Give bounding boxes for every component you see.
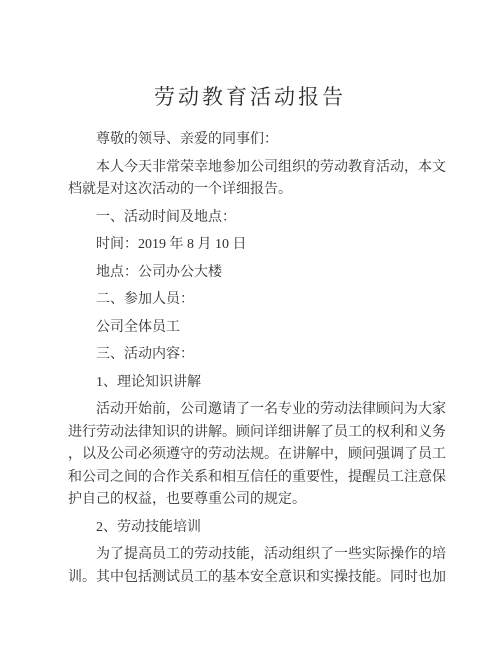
paragraph-line: 本人今天非常荣幸地参加公司组织的劳动教育活动，本文 xyxy=(68,157,432,180)
paragraph-line: 时间：2019 年 8 月 10 日 xyxy=(68,234,432,257)
paragraph: 地点：公司办公大楼 xyxy=(68,262,432,285)
paragraph-line: 地点：公司办公大楼 xyxy=(68,262,432,285)
paragraph-line: 训。其中包括测试员工的基本安全意识和实操技能。同时也加 xyxy=(68,567,432,590)
paragraph: 时间：2019 年 8 月 10 日 xyxy=(68,234,432,257)
paragraph-line: 护自己的权益，也要尊重公司的规定。 xyxy=(68,489,432,512)
paragraph: 本人今天非常荣幸地参加公司组织的劳动教育活动，本文档就是对这次活动的一个详细报告… xyxy=(68,157,432,202)
paragraph-line: 2、劳动技能培训 xyxy=(68,517,432,540)
paragraph: 一、活动时间及地点： xyxy=(68,207,432,230)
paragraph-line: 二、参加人员： xyxy=(68,289,432,312)
paragraph-line: 进行劳动法律知识的讲解。顾问详细讲解了员工的权利和义务 xyxy=(68,422,432,445)
paragraph-line: 三、活动内容： xyxy=(68,344,432,367)
paragraph: 公司全体员工 xyxy=(68,317,432,340)
paragraph-line: 公司全体员工 xyxy=(68,317,432,340)
paragraph: 活动开始前，公司邀请了一名专业的劳动法律顾问为大家进行劳动法律知识的讲解。顾问详… xyxy=(68,399,432,512)
document-body: 尊敬的领导、亲爱的同事们：本人今天非常荣幸地参加公司组织的劳动教育活动，本文档就… xyxy=(0,129,500,589)
paragraph: 尊敬的领导、亲爱的同事们： xyxy=(68,129,432,152)
paragraph: 三、活动内容： xyxy=(68,344,432,367)
paragraph-line: 和公司之间的合作关系和相互信任的重要性，提醒员工注意保 xyxy=(68,467,432,490)
paragraph-line: 档就是对这次活动的一个详细报告。 xyxy=(68,179,432,202)
paragraph: 二、参加人员： xyxy=(68,289,432,312)
paragraph-line: 一、活动时间及地点： xyxy=(68,207,432,230)
paragraph-line: 活动开始前，公司邀请了一名专业的劳动法律顾问为大家 xyxy=(68,399,432,422)
paragraph: 为了提高员工的劳动技能，活动组织了一些实际操作的培训。其中包括测试员工的基本安全… xyxy=(68,544,432,589)
document-page: 劳动教育活动报告 尊敬的领导、亲爱的同事们：本人今天非常荣幸地参加公司组织的劳动… xyxy=(0,0,500,647)
paragraph: 2、劳动技能培训 xyxy=(68,517,432,540)
paragraph-line: ，以及公司必须遵守的劳动法规。在讲解中，顾问强调了员工 xyxy=(68,444,432,467)
paragraph-line: 为了提高员工的劳动技能，活动组织了一些实际操作的培 xyxy=(68,544,432,567)
paragraph: 1、理论知识讲解 xyxy=(68,372,432,395)
paragraph-line: 1、理论知识讲解 xyxy=(68,372,432,395)
document-title: 劳动教育活动报告 xyxy=(0,83,500,111)
paragraph-line: 尊敬的领导、亲爱的同事们： xyxy=(68,129,432,152)
